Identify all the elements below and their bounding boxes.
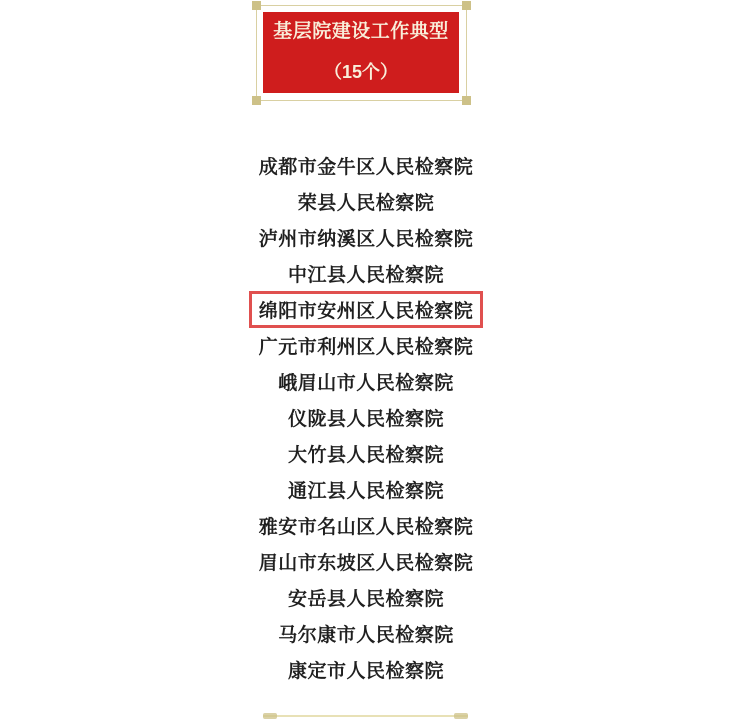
list-item: 雅安市名山区人民检察院 xyxy=(0,507,732,543)
list-item-label: 峨眉山市人民检察院 xyxy=(278,368,454,395)
frame-corner-icon xyxy=(263,713,277,719)
list-item-label: 广元市利州区人民检察院 xyxy=(259,332,474,359)
list-item: 马尔康市人民检察院 xyxy=(0,615,732,651)
list-item-label: 成都市金牛区人民检察院 xyxy=(259,152,474,179)
list-item-label: 眉山市东坡区人民检察院 xyxy=(259,548,474,575)
banner-count: （15个） xyxy=(324,60,398,84)
list-item: 安岳县人民检察院 xyxy=(0,579,732,615)
section-banner: 基层院建设工作典型 （15个） xyxy=(263,12,459,93)
list-item-label: 绵阳市安州区人民检察院 xyxy=(249,291,484,328)
frame-corner-icon xyxy=(454,713,468,719)
list-item: 成都市金牛区人民检察院 xyxy=(0,147,732,183)
list-item: 中江县人民检察院 xyxy=(0,255,732,291)
frame-corner-icon xyxy=(252,1,261,10)
list-item: 荣县人民检察院 xyxy=(0,183,732,219)
list-item-highlighted: 绵阳市安州区人民检察院 xyxy=(0,291,732,327)
list-item: 仪陇县人民检察院 xyxy=(0,399,732,435)
list-item-label: 雅安市名山区人民检察院 xyxy=(259,512,474,539)
list-item: 康定市人民检察院 xyxy=(0,651,732,687)
banner-title: 基层院建设工作典型 xyxy=(273,20,449,44)
list-item-label: 马尔康市人民检察院 xyxy=(278,620,454,647)
list-item: 广元市利州区人民检察院 xyxy=(0,327,732,363)
banner-frame: 基层院建设工作典型 （15个） xyxy=(256,5,467,101)
list-item-label: 仪陇县人民检察院 xyxy=(288,404,444,431)
list-item: 眉山市东坡区人民检察院 xyxy=(0,543,732,579)
frame-corner-icon xyxy=(462,1,471,10)
list-item: 大竹县人民检察院 xyxy=(0,435,732,471)
procuratorate-list: 成都市金牛区人民检察院荣县人民检察院泸州市纳溪区人民检察院中江县人民检察院绵阳市… xyxy=(0,147,732,687)
list-item: 通江县人民检察院 xyxy=(0,471,732,507)
list-item-label: 泸州市纳溪区人民检察院 xyxy=(259,224,474,251)
list-item: 峨眉山市人民检察院 xyxy=(0,363,732,399)
list-item-label: 康定市人民检察院 xyxy=(288,656,444,683)
list-item-label: 安岳县人民检察院 xyxy=(288,584,444,611)
list-item-label: 大竹县人民检察院 xyxy=(288,440,444,467)
list-item: 泸州市纳溪区人民检察院 xyxy=(0,219,732,255)
list-item-label: 通江县人民检察院 xyxy=(288,476,444,503)
list-item-label: 荣县人民检察院 xyxy=(298,188,435,215)
frame-corner-icon xyxy=(462,96,471,105)
list-item-label: 中江县人民检察院 xyxy=(288,260,444,287)
next-banner-frame-top-edge xyxy=(263,715,468,717)
frame-corner-icon xyxy=(252,96,261,105)
